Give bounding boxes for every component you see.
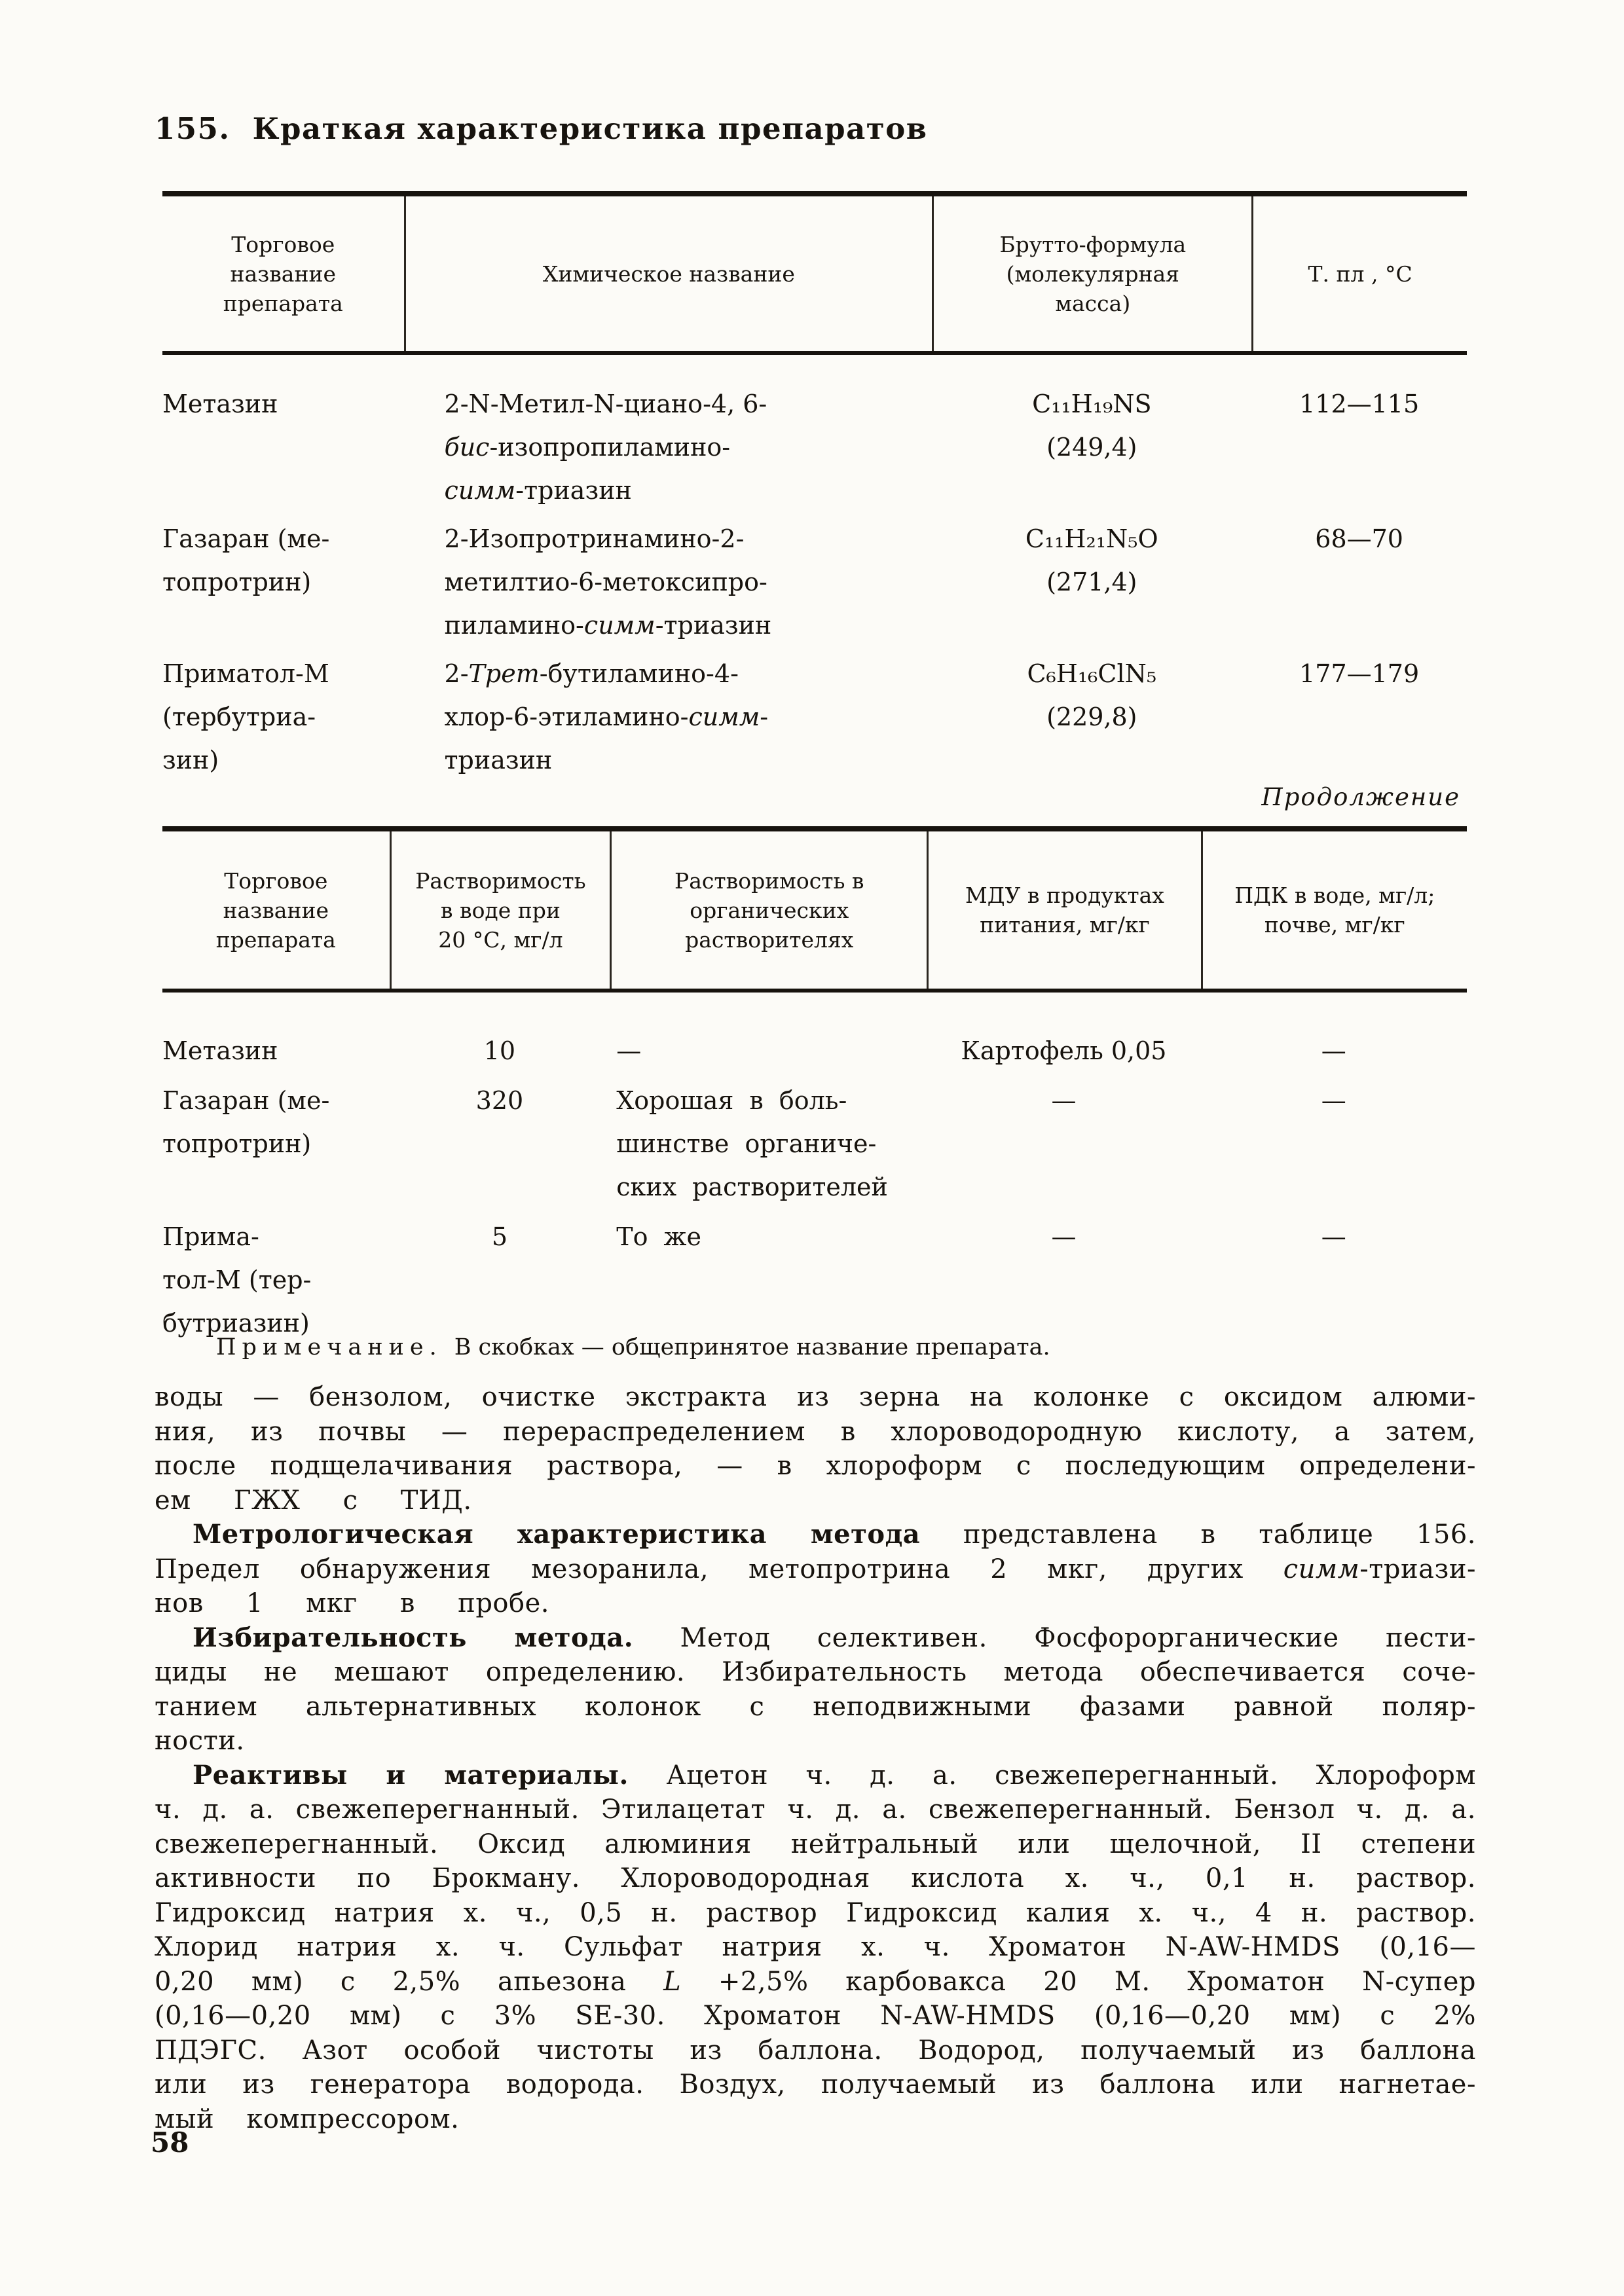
- body-line: ПДЭГС. Азот особой чистоты из баллона. В…: [155, 2033, 1476, 2068]
- body-line: Реактивы и материалы. Ацетон ч. д. а. св…: [155, 1758, 1476, 1793]
- trade-name-cell: Прима- тол-М (тер- бутриазин): [162, 1215, 390, 1345]
- table-continuation: Торговое название препарата Растворимост…: [162, 826, 1467, 1351]
- pdk-cell: —: [1201, 1029, 1467, 1072]
- table1-header-trade-name: Торговое название препарата: [162, 196, 404, 351]
- chemical-name-cell: 2-Трет-бутиламино-4- хлор-6-этиламино-си…: [404, 652, 932, 782]
- table-row: Метазин 10 — Картофель 0,05 —: [162, 1029, 1467, 1072]
- table2-header-row: Торговое название препарата Растворимост…: [162, 826, 1467, 993]
- mdu-cell: —: [927, 1079, 1200, 1122]
- table2-header-water-solubility: Растворимость в воде при 20 °С, мг/л: [390, 831, 610, 989]
- body-line: Хлорид натрия х. ч. Сульфат натрия х. ч.…: [155, 1930, 1476, 1965]
- trade-name-cell: Газаран (ме- топротрин): [162, 1079, 390, 1165]
- table1-header-row: Торговое название препарата Химическое н…: [162, 191, 1467, 355]
- note-text: В скобках — общепринятое название препар…: [454, 1334, 1050, 1360]
- table-row: Газаран (ме- топротрин) 320 Хорошая в бо…: [162, 1079, 1467, 1209]
- body-line: свежеперегнанный. Оксид алюминия нейтрал…: [155, 1827, 1476, 1862]
- organic-solubility-cell: —: [610, 1029, 927, 1072]
- table2-header-pdk: ПДК в воде, мг/л; почве, мг/кг: [1201, 831, 1467, 989]
- formula-cell: C₁₁H₁₉NS (249,4): [932, 382, 1251, 469]
- table-row: Метазин 2-N-Метил-N-циано-4, 6- бис-изоп…: [162, 382, 1467, 512]
- body-line: танием альтернативных колонок с неподвиж…: [155, 1690, 1476, 1724]
- body-line: Избирательность метода. Метод селективен…: [155, 1621, 1476, 1656]
- water-solubility-cell: 10: [390, 1029, 610, 1072]
- body-text: воды — бензолом, очистке экстракта из зе…: [155, 1380, 1476, 2136]
- water-solubility-cell: 5: [390, 1215, 610, 1258]
- paragraph: Реактивы и материалы. Ацетон ч. д. а. св…: [155, 1758, 1476, 2137]
- body-line: после подщелачивания раствора, — в хлоро…: [155, 1449, 1476, 1484]
- body-line: ем ГЖХ с ТИД.: [155, 1484, 1476, 1518]
- body-line: нов 1 мкг в пробе.: [155, 1586, 1476, 1621]
- body-line: или из генератора водорода. Воздух, полу…: [155, 2068, 1476, 2102]
- pdk-cell: —: [1201, 1079, 1467, 1122]
- table2-header-organic-solubility: Растворимость в органических растворител…: [610, 831, 927, 989]
- melting-point-cell: 177—179: [1251, 652, 1467, 695]
- paragraph: Метрологическая характеристика метода пр…: [155, 1518, 1476, 1621]
- melting-point-cell: 68—70: [1251, 517, 1467, 560]
- body-line: Гидроксид натрия х. ч., 0,5 н. раствор Г…: [155, 1896, 1476, 1931]
- section-title-text: Краткая характеристика препаратов: [253, 111, 928, 146]
- formula-cell: C₁₁H₂₁N₅O (271,4): [932, 517, 1251, 604]
- organic-solubility-cell: Хорошая в боль- шинстве органиче- ских р…: [610, 1079, 927, 1209]
- body-line: мый компрессором.: [155, 2102, 1476, 2137]
- formula-cell: C₆H₁₆ClN₅ (229,8): [932, 652, 1251, 738]
- paragraph: воды — бензолом, очистке экстракта из зе…: [155, 1380, 1476, 1518]
- page-title: 155.Краткая характеристика препаратов: [155, 111, 927, 146]
- scanned-book-page: 155.Краткая характеристика препаратов То…: [0, 0, 1624, 2296]
- table-row: Прима- тол-М (тер- бутриазин) 5 То же — …: [162, 1215, 1467, 1345]
- paragraph: Избирательность метода. Метод селективен…: [155, 1621, 1476, 1758]
- body-line: циды не мешают определению. Избирательно…: [155, 1655, 1476, 1690]
- body-line: 0,20 мм) с 2,5% апьезона L +2,5% карбова…: [155, 1965, 1476, 1999]
- table2-header-trade-name: Торговое название препарата: [162, 831, 390, 989]
- section-number: 155.: [155, 111, 231, 146]
- table2-header-mdu: МДУ в продуктах питания, мг/кг: [927, 831, 1200, 989]
- table-note: Примечание.В скобках — общепринятое назв…: [216, 1334, 1395, 1360]
- body-line: Предел обнаружения мезоранила, метопротр…: [155, 1552, 1476, 1587]
- body-line: активности по Брокману. Хлороводородная …: [155, 1861, 1476, 1896]
- body-line: (0,16—0,20 мм) с 3% SE-30. Хроматон N-AW…: [155, 1999, 1476, 2033]
- water-solubility-cell: 320: [390, 1079, 610, 1122]
- page-number: 58: [151, 2126, 189, 2159]
- note-label: Примечание.: [216, 1334, 443, 1360]
- table-row: Приматол-М (тербутриа- зин) 2-Трет-бутил…: [162, 652, 1467, 782]
- table-brief-characteristics: Торговое название препарата Химическое н…: [162, 191, 1467, 787]
- trade-name-cell: Метазин: [162, 1029, 390, 1072]
- organic-solubility-cell: То же: [610, 1215, 927, 1258]
- table1-header-chemical-name: Химическое название: [404, 196, 932, 351]
- chemical-name-cell: 2-Изопротринамино-2- метилтио-6-метоксип…: [404, 517, 932, 647]
- mdu-cell: Картофель 0,05: [927, 1029, 1200, 1072]
- table1-body: Метазин 2-N-Метил-N-циано-4, 6- бис-изоп…: [162, 355, 1467, 782]
- body-line: Метрологическая характеристика метода пр…: [155, 1518, 1476, 1552]
- mdu-cell: —: [927, 1215, 1200, 1258]
- trade-name-cell: Метазин: [162, 382, 404, 426]
- chemical-name-cell: 2-N-Метил-N-циано-4, 6- бис-изопропилами…: [404, 382, 932, 512]
- body-line: ности.: [155, 1724, 1476, 1758]
- table1-header-formula: Брутто-формула (молекулярная масса): [932, 196, 1251, 351]
- pdk-cell: —: [1201, 1215, 1467, 1258]
- body-line: ч. д. а. свежеперегнанный. Этилацетат ч.…: [155, 1793, 1476, 1827]
- body-line: ния, из почвы — перераспределением в хло…: [155, 1415, 1476, 1449]
- trade-name-cell: Приматол-М (тербутриа- зин): [162, 652, 404, 782]
- table1-header-melting-point: Т. пл , °С: [1251, 196, 1467, 351]
- body-line: воды — бензолом, очистке экстракта из зе…: [155, 1380, 1476, 1415]
- table2-body: Метазин 10 — Картофель 0,05 — Газаран (м…: [162, 993, 1467, 1345]
- melting-point-cell: 112—115: [1251, 382, 1467, 426]
- table-row: Газаран (ме- топротрин) 2-Изопротринамин…: [162, 517, 1467, 647]
- trade-name-cell: Газаран (ме- топротрин): [162, 517, 404, 604]
- continuation-label: Продолжение: [1261, 783, 1460, 811]
